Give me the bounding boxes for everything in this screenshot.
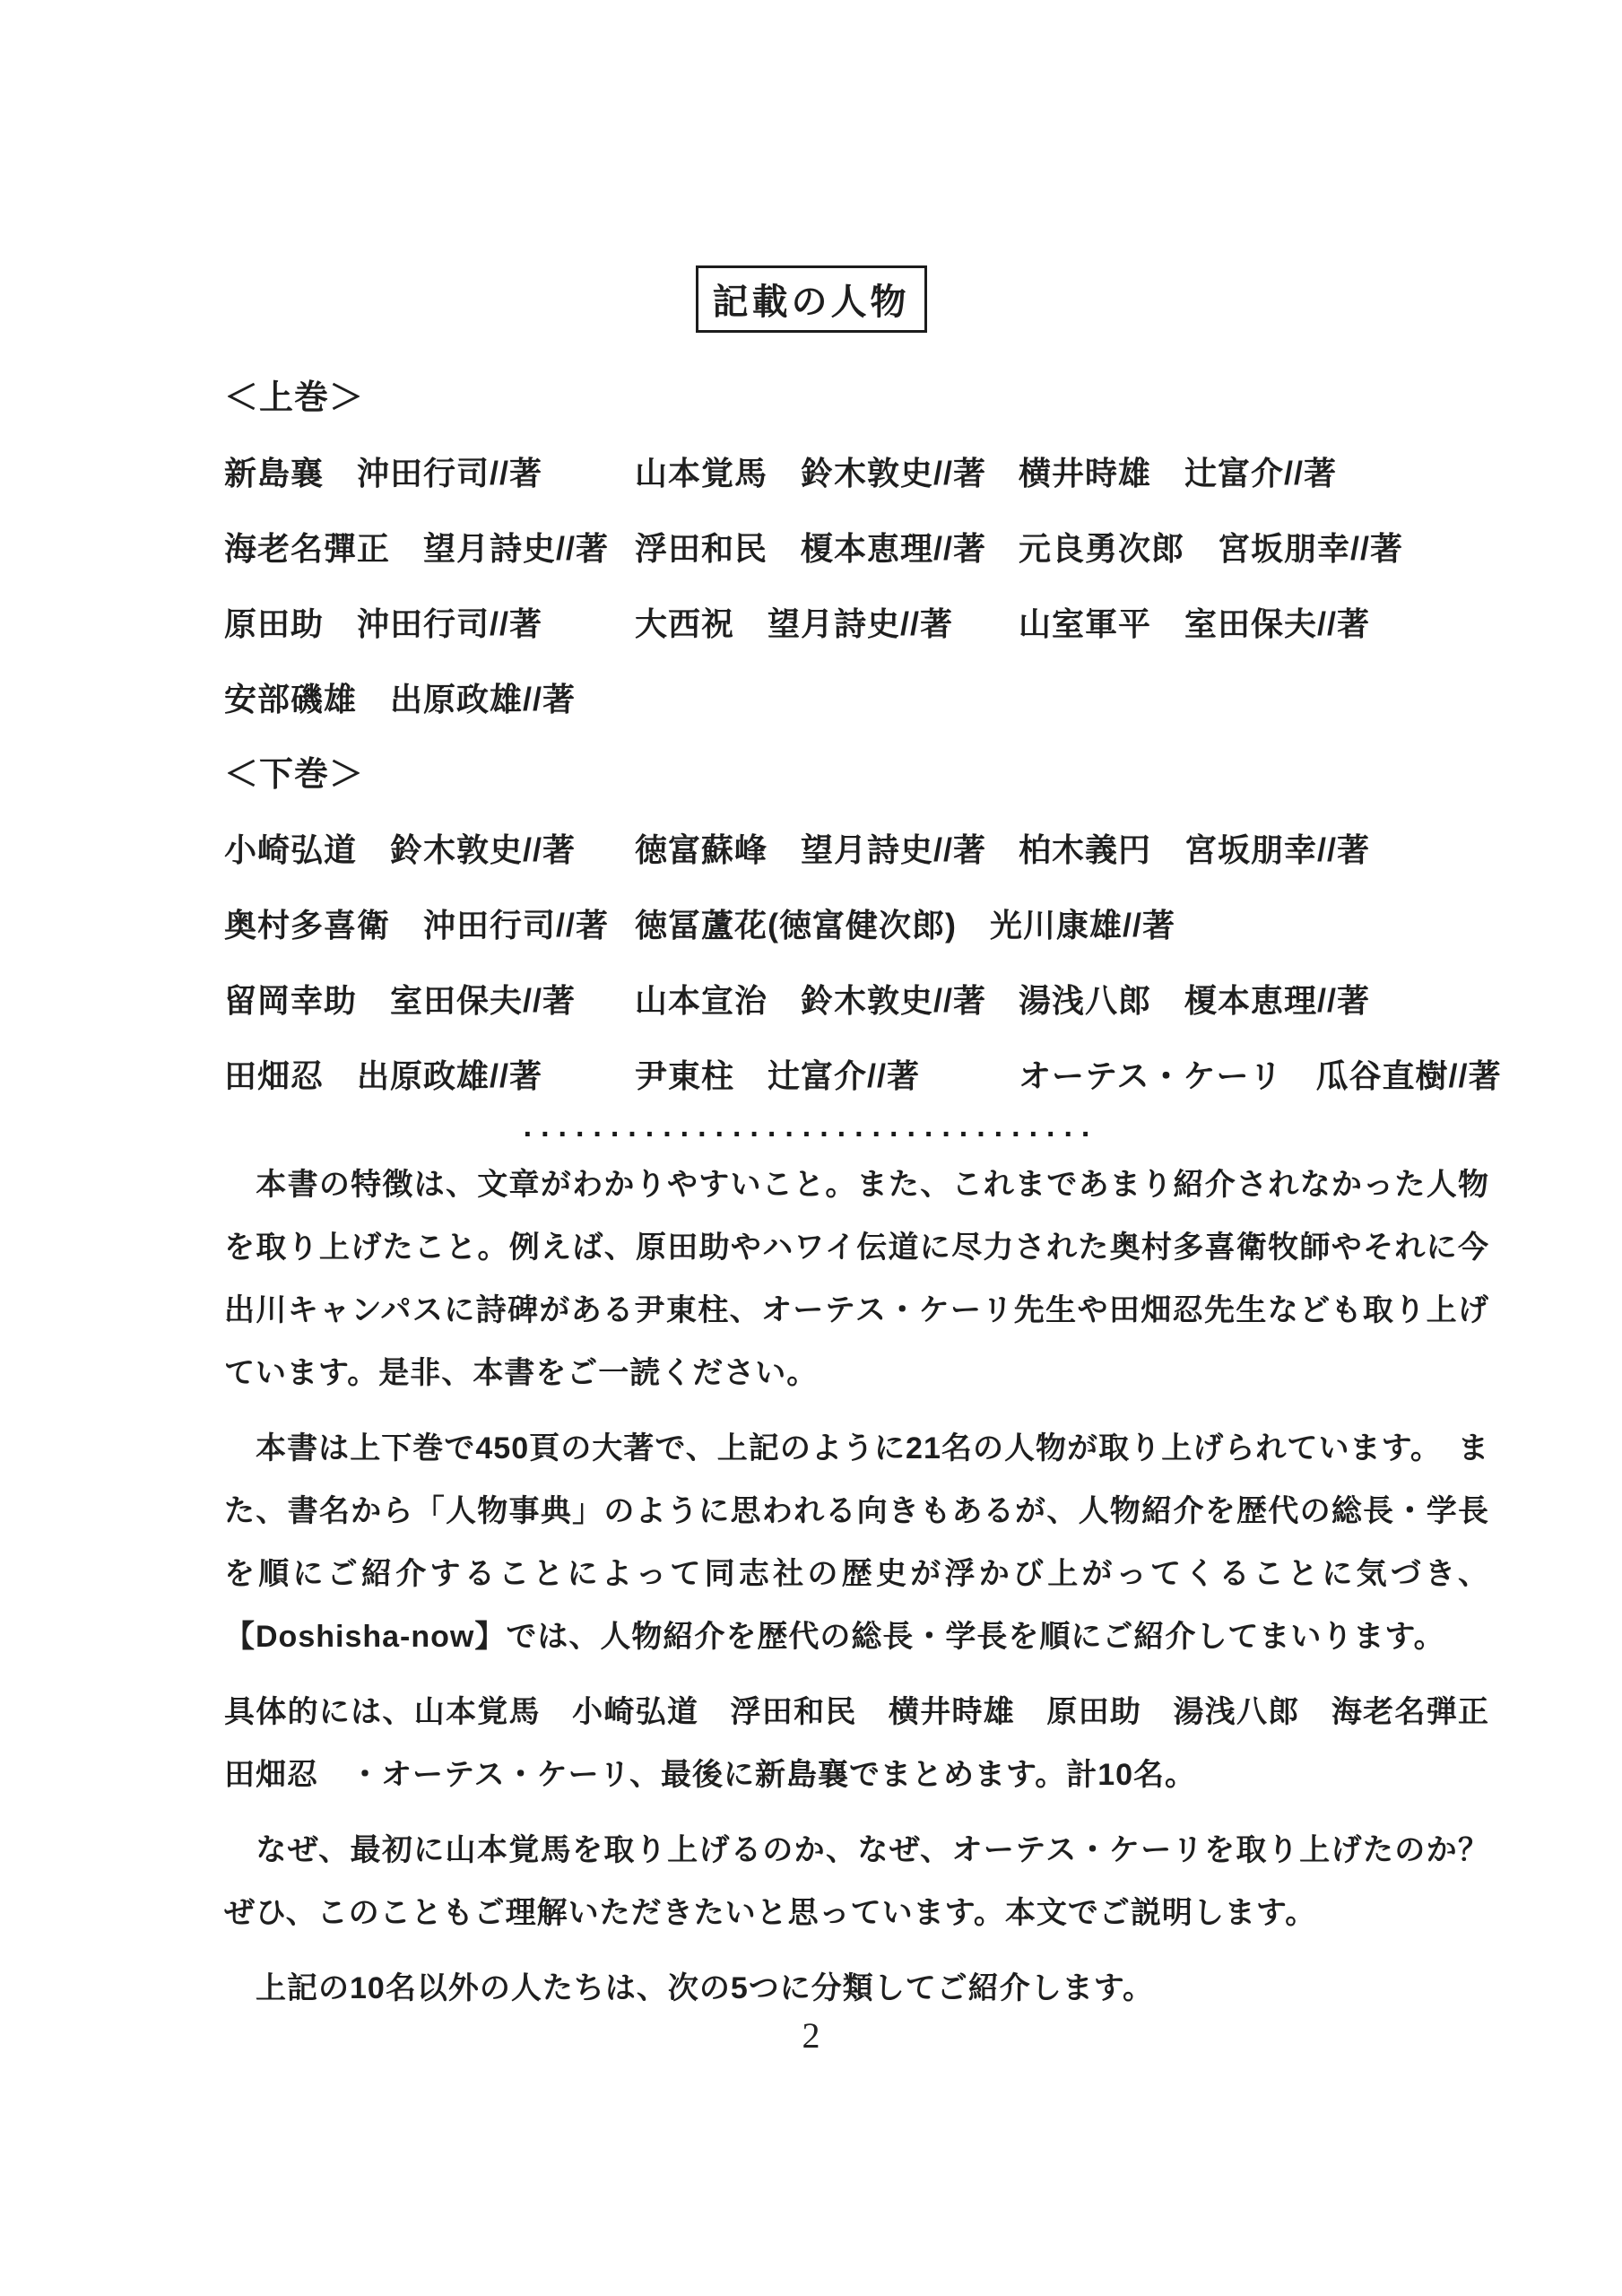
person-author-entry: 湯浅八郎 榎本恵理//著	[1019, 963, 1489, 1039]
person-author-entry: 原田助 沖田行司//著	[224, 587, 635, 662]
dotted-divider: .................................	[0, 1100, 1622, 1153]
title-row: 記載の人物	[0, 265, 1622, 333]
person-author-row: 奥村多喜衛 沖田行司//著徳冨蘆花(徳富健次郎) 光川康雄//著	[224, 888, 1489, 963]
person-author-entry: 元良勇次郎 宮坂朋幸//著	[1019, 511, 1489, 587]
person-author-entry: 奥村多喜衛 沖田行司//著	[224, 888, 635, 963]
person-author-entry: 大西祝 望月詩史//著	[635, 587, 1019, 662]
person-author-entry: 留岡幸助 室田保夫//著	[224, 963, 635, 1039]
person-author-entry: 安部磯雄 出原政雄//著	[224, 662, 635, 737]
person-author-entry: 小崎弘道 鈴木敦史//著	[224, 813, 635, 888]
person-author-entry: 柏木義円 宮坂朋幸//著	[1019, 813, 1489, 888]
person-author-row: 安部磯雄 出原政雄//著	[224, 662, 1489, 737]
person-author-entry: 新島襄 沖田行司//著	[224, 436, 635, 511]
names-section: ＜上巻＞ 新島襄 沖田行司//著山本覚馬 鈴木敦史//著横井時雄 辻富介//著海…	[224, 361, 1489, 1114]
person-author-entry: 徳冨蘆花(徳富健次郎) 光川康雄//著	[635, 888, 1019, 963]
person-author-row: 小崎弘道 鈴木敦史//著徳富蘇峰 望月詩史//著柏木義円 宮坂朋幸//著	[224, 813, 1489, 888]
person-author-row: 留岡幸助 室田保夫//著山本宣治 鈴木敦史//著湯浅八郎 榎本恵理//著	[224, 963, 1489, 1039]
person-author-entry: 海老名彈正 望月詩史//著	[224, 511, 635, 587]
person-author-entry: 山本覚馬 鈴木敦史//著	[635, 436, 1019, 511]
volume-label-jokan: ＜上巻＞	[224, 361, 1489, 436]
person-author-entry: 横井時雄 辻富介//著	[1019, 436, 1489, 511]
volume-label-gekan: ＜下巻＞	[224, 737, 1489, 813]
paragraph-2: 本書は上下巻で450頁の大著で、上記のように21名の人物が取り上げられています。…	[224, 1417, 1489, 1668]
paragraph-4: なぜ、最初に山本覚馬を取り上げるのか、なぜ、オーテス・ケーリを取り上げたのか？ …	[224, 1819, 1489, 1944]
names-list-gekan: 小崎弘道 鈴木敦史//著徳富蘇峰 望月詩史//著柏木義円 宮坂朋幸//著奥村多喜…	[224, 813, 1489, 1114]
person-author-entry: 徳富蘇峰 望月詩史//著	[635, 813, 1019, 888]
person-author-entry: 浮田和民 榎本恵理//著	[635, 511, 1019, 587]
paragraph-3: 具体的には、山本覚馬 小崎弘道 浮田和民 横井時雄 原田助 湯浅八郎 海老名弾正…	[224, 1681, 1489, 1806]
document-title: 記載の人物	[696, 265, 927, 333]
names-list-jokan: 新島襄 沖田行司//著山本覚馬 鈴木敦史//著横井時雄 辻富介//著海老名彈正 …	[224, 436, 1489, 737]
document-page: 記載の人物 ＜上巻＞ 新島襄 沖田行司//著山本覚馬 鈴木敦史//著横井時雄 辻…	[0, 0, 1622, 2296]
person-author-row: 海老名彈正 望月詩史//著浮田和民 榎本恵理//著元良勇次郎 宮坂朋幸//著	[224, 511, 1489, 587]
person-author-entry: 山室軍平 室田保夫//著	[1019, 587, 1489, 662]
person-author-row: 原田助 沖田行司//著大西祝 望月詩史//著山室軍平 室田保夫//著	[224, 587, 1489, 662]
page-number: 2	[0, 2014, 1622, 2057]
paragraph-1: 本書の特徴は、文章がわかりやすいこと。また、これまであまり紹介されなかった人物を…	[224, 1153, 1489, 1405]
body-paragraphs: 本書の特徴は、文章がわかりやすいこと。また、これまであまり紹介されなかった人物を…	[224, 1153, 1489, 2032]
person-author-row: 新島襄 沖田行司//著山本覚馬 鈴木敦史//著横井時雄 辻富介//著	[224, 436, 1489, 511]
paragraph-5: 上記の10名以外の人たちは、次の5つに分類してご紹介します。	[224, 1957, 1489, 2020]
person-author-entry: 山本宣治 鈴木敦史//著	[635, 963, 1019, 1039]
